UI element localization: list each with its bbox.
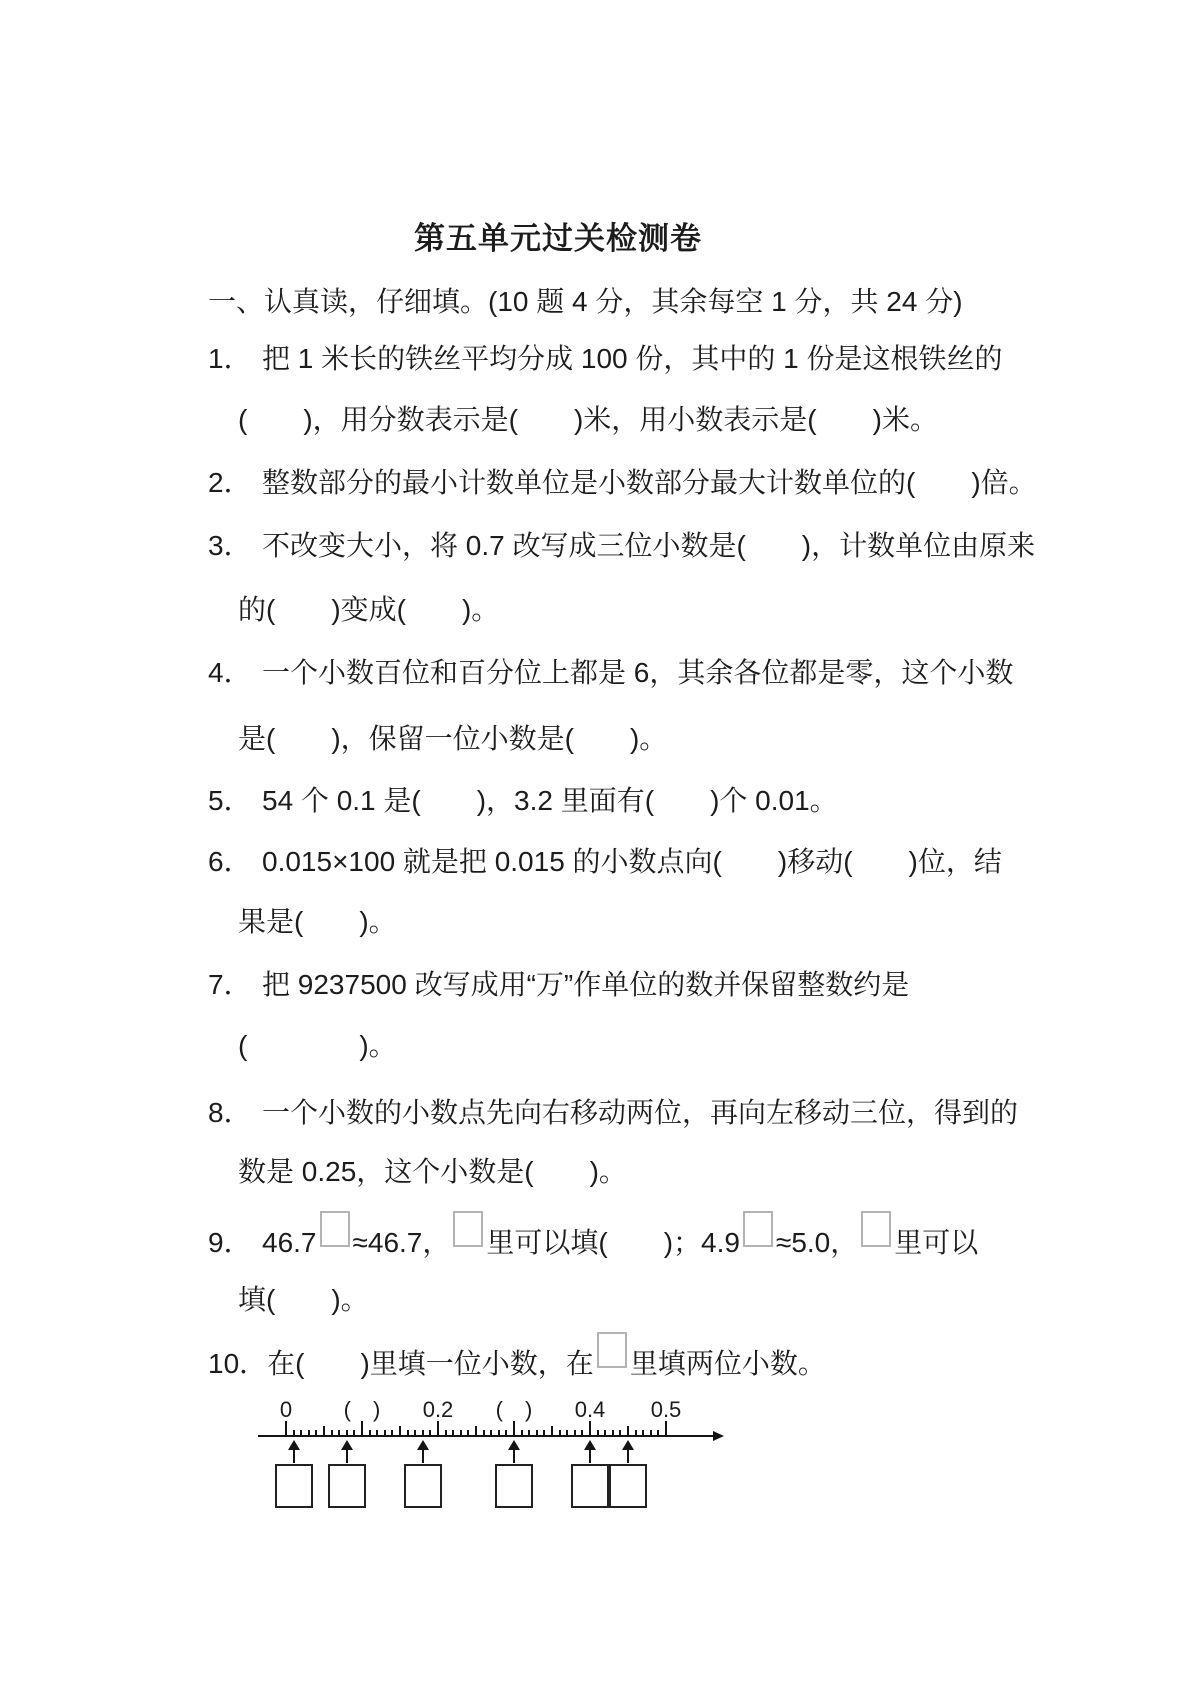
up-arrow-stem [513, 1449, 515, 1463]
question-number: 5． [208, 770, 262, 832]
question-text: 把 1 米长的铁丝平均分成 100 份，其中的 1 份是这根铁丝的 [262, 343, 1003, 374]
tick [490, 1430, 492, 1436]
question-number: 2． [208, 452, 262, 514]
up-arrow-stem [346, 1449, 348, 1463]
tick [384, 1430, 386, 1436]
question-line: 2．整数部分的最小计数单位是小数部分最大计数单位的( )倍。 [208, 452, 1037, 514]
question-line: 6．0.015×100 就是把 0.015 的小数点向( )移动( )位，结 [208, 831, 1002, 893]
question-line: 9．46.7≈46.7，里可以填( )；4.9≈5.0，里可以 [208, 1211, 978, 1273]
question-number: 4． [208, 642, 262, 704]
question-text: 数是 0.25，这个小数是( )。 [238, 1156, 627, 1187]
tick [369, 1430, 371, 1436]
question-text: 整数部分的最小计数单位是小数部分最大计数单位的( )倍。 [262, 467, 1037, 498]
tick [315, 1430, 317, 1436]
tick [331, 1430, 333, 1436]
answer-box[interactable] [328, 1464, 366, 1508]
tick [414, 1430, 416, 1436]
tick [574, 1430, 576, 1436]
question-line: 1．把 1 米长的铁丝平均分成 100 份，其中的 1 份是这根铁丝的 [208, 328, 1003, 390]
question-number: 6． [208, 831, 262, 893]
tick [293, 1430, 295, 1436]
blank-box[interactable] [743, 1211, 773, 1247]
question-text: ( )。 [238, 1030, 397, 1061]
question-line: ( )，用分数表示是( )米，用小数表示是( )米。 [238, 389, 938, 451]
question-text: 果是( )。 [238, 906, 397, 937]
up-arrow-stem [422, 1449, 424, 1463]
axis-arrow-icon [713, 1431, 724, 1441]
tick [460, 1430, 462, 1436]
tick [467, 1430, 469, 1436]
question-text: 把 9237500 改写成用“万”作单位的数并保留整数约是 [262, 969, 909, 1000]
question-text: 一个小数的小数点先向右移动两位，再向左移动三位，得到的 [262, 1097, 1018, 1128]
question-number: 9． [208, 1212, 262, 1274]
tick [452, 1430, 454, 1436]
test-paper-page: 第五单元过关检测卷 一、认真读，仔细填。(10 题 4 分，其余每空 1 分，共… [0, 0, 1191, 1684]
tick [498, 1430, 500, 1436]
tick [650, 1430, 652, 1436]
tick [300, 1430, 302, 1436]
tick [376, 1430, 378, 1436]
question-number: 7． [208, 954, 262, 1016]
question-text: 46.7 [262, 1227, 317, 1258]
question-line: 数是 0.25，这个小数是( )。 [238, 1141, 627, 1203]
tick [338, 1430, 340, 1436]
question-line: 3．不改变大小，将 0.7 改写成三位小数是( )，计数单位由原来 [208, 515, 1035, 577]
tick [323, 1426, 325, 1435]
up-arrow-stem [293, 1449, 295, 1463]
question-line: 的( )变成( )。 [238, 579, 499, 641]
tick [536, 1430, 538, 1436]
tick-label: ( ) [496, 1398, 533, 1422]
tick-label: 0.5 [651, 1398, 682, 1422]
tick [475, 1426, 477, 1435]
tick-label: 0.4 [575, 1398, 606, 1422]
question-text: 里填两位小数。 [630, 1348, 826, 1379]
tick [589, 1421, 591, 1435]
question-line: 7．把 9237500 改写成用“万”作单位的数并保留整数约是 [208, 954, 909, 1016]
blank-box[interactable] [861, 1211, 891, 1247]
tick [429, 1430, 431, 1436]
tick [521, 1430, 523, 1436]
blank-box[interactable] [320, 1211, 350, 1247]
section-heading: 一、认真读，仔细填。(10 题 4 分，其余每空 1 分，共 24 分) [208, 271, 963, 333]
tick [635, 1430, 637, 1436]
tick [346, 1430, 348, 1436]
answer-box[interactable] [404, 1464, 442, 1508]
question-text: 的( )变成( )。 [238, 594, 499, 625]
tick [665, 1421, 667, 1435]
tick [612, 1430, 614, 1436]
up-arrow-stem [627, 1449, 629, 1463]
question-number: 10． [208, 1333, 267, 1395]
question-line: 8．一个小数的小数点先向右移动两位，再向左移动三位，得到的 [208, 1082, 1018, 1144]
up-arrow-stem [589, 1449, 591, 1463]
tick [551, 1426, 553, 1435]
question-text: 填( )。 [238, 1284, 369, 1315]
tick [399, 1426, 401, 1435]
question-text: 不改变大小，将 0.7 改写成三位小数是( )，计数单位由原来 [262, 530, 1035, 561]
question-text: ≈5.0， [776, 1227, 858, 1258]
tick [422, 1430, 424, 1436]
question-text: 0.015×100 就是把 0.015 的小数点向( )移动( )位，结 [262, 846, 1002, 877]
tick [353, 1430, 355, 1436]
blank-box[interactable] [453, 1211, 483, 1247]
tick [407, 1430, 409, 1436]
question-number: 8． [208, 1082, 262, 1144]
question-text: 里可以 [894, 1227, 978, 1258]
blank-box[interactable] [597, 1332, 627, 1368]
tick [581, 1430, 583, 1436]
question-line: 10．在( )里填一位小数，在里填两位小数。 [208, 1332, 826, 1394]
answer-box[interactable] [609, 1464, 647, 1508]
tick [559, 1430, 561, 1436]
question-text: 在( )里填一位小数，在 [267, 1348, 594, 1379]
tick-label: 0.2 [423, 1398, 454, 1422]
tick [657, 1430, 659, 1436]
answer-box[interactable] [571, 1464, 609, 1508]
number-line-figure: 0( )0.2( )0.40.5 [250, 1396, 740, 1516]
tick [528, 1430, 530, 1436]
tick [604, 1430, 606, 1436]
tick [619, 1430, 621, 1436]
question-number: 1． [208, 328, 262, 390]
question-line: 是( )，保留一位小数是( )。 [238, 708, 667, 770]
tick [566, 1430, 568, 1436]
tick [391, 1430, 393, 1436]
tick [642, 1430, 644, 1436]
answer-box[interactable] [275, 1464, 313, 1508]
question-line: ( )。 [238, 1015, 397, 1077]
tick [505, 1430, 507, 1436]
question-line: 填( )。 [238, 1269, 369, 1331]
page-title: 第五单元过关检测卷 [208, 218, 908, 260]
question-text: 一个小数百位和百分位上都是 6，其余各位都是零，这个小数 [262, 657, 1013, 688]
question-text: 是( )，保留一位小数是( )。 [238, 723, 667, 754]
tick [543, 1430, 545, 1436]
question-line: 果是( )。 [238, 891, 397, 953]
question-line: 5．54 个 0.1 是( )，3.2 里面有( )个 0.01。 [208, 770, 838, 832]
tick [308, 1430, 310, 1436]
number-line-axis [258, 1435, 714, 1437]
tick [361, 1421, 363, 1435]
tick [437, 1421, 439, 1435]
tick [513, 1421, 515, 1435]
question-number: 3． [208, 515, 262, 577]
tick [627, 1426, 629, 1435]
tick [445, 1430, 447, 1436]
tick-label: ( ) [344, 1398, 381, 1422]
tick-label: 0 [280, 1398, 292, 1422]
question-line: 4．一个小数百位和百分位上都是 6，其余各位都是零，这个小数 [208, 642, 1013, 704]
answer-box[interactable] [495, 1464, 533, 1508]
question-text: 里可以填( )；4.9 [486, 1227, 740, 1258]
tick [597, 1430, 599, 1436]
question-text: ≈46.7， [353, 1227, 451, 1258]
tick [483, 1430, 485, 1436]
question-text: 54 个 0.1 是( )，3.2 里面有( )个 0.01。 [262, 785, 838, 816]
question-text: ( )，用分数表示是( )米，用小数表示是( )米。 [238, 404, 938, 435]
tick [285, 1421, 287, 1435]
